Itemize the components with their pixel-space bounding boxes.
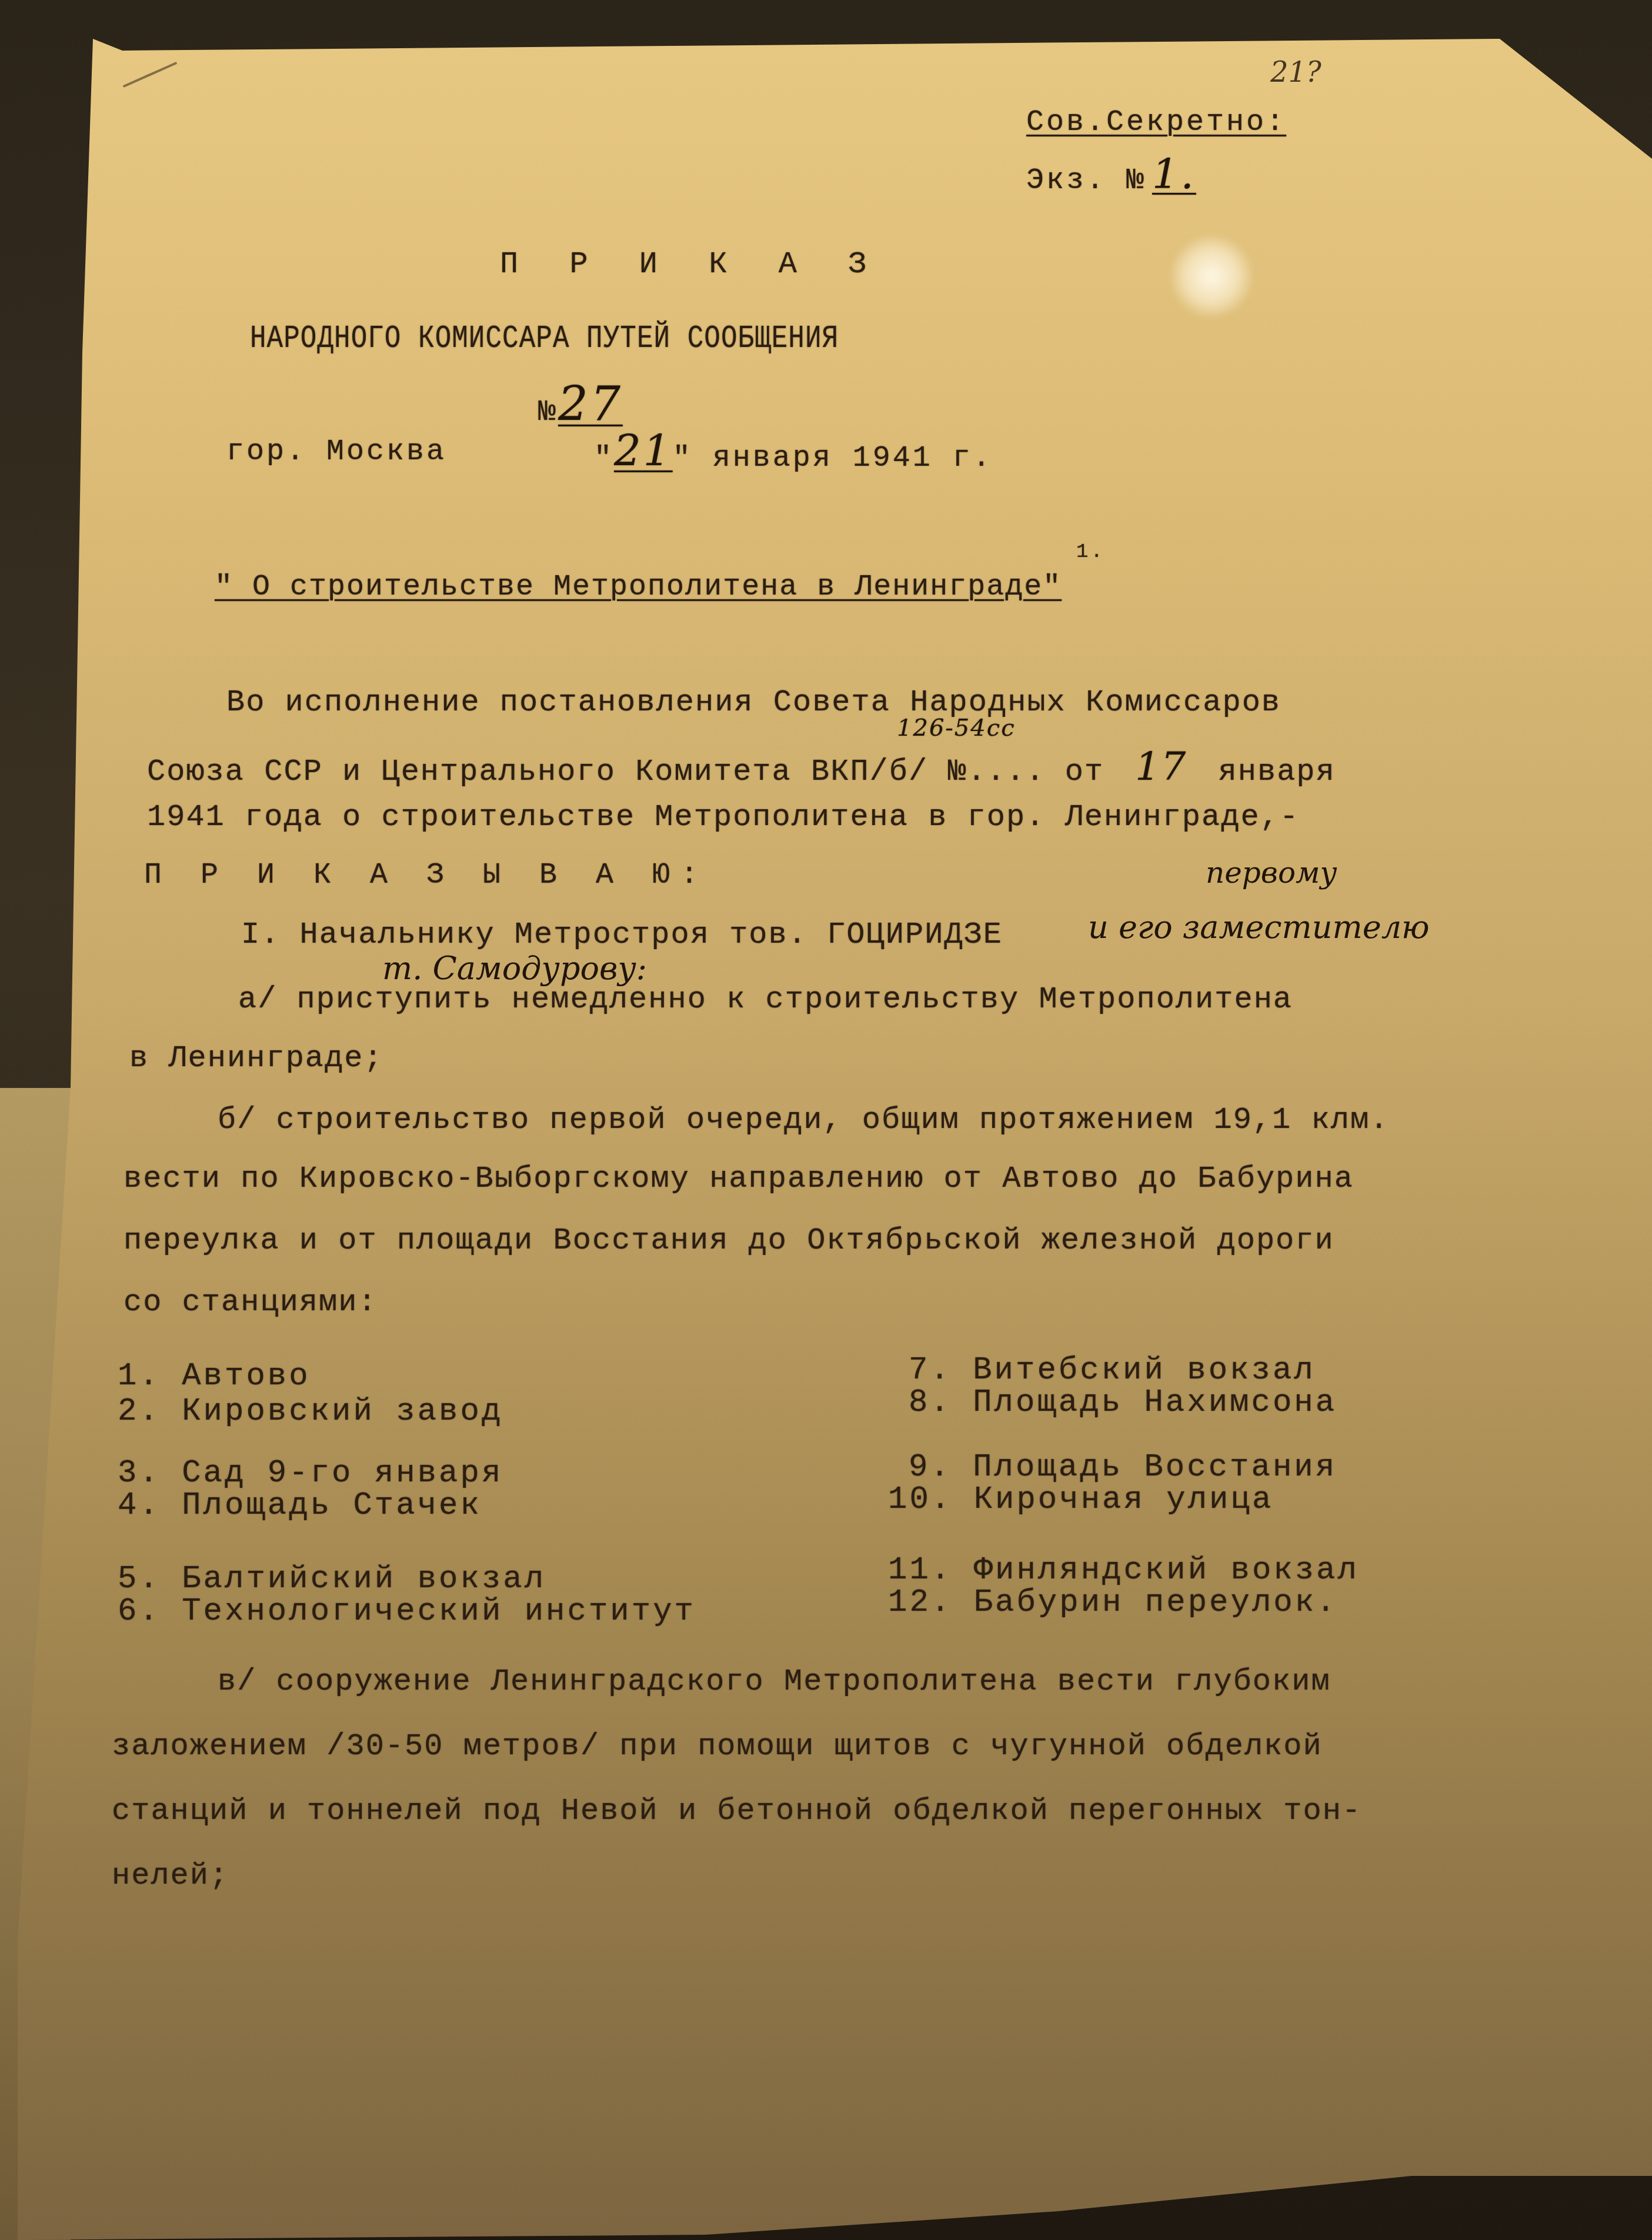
preamble-ot: от [1065,755,1104,789]
station-item: 1. Автово [118,1358,311,1394]
preamble-line-1: Во исполнение постановления Совета Народ… [226,685,1281,720]
handwritten-deputy-insert: и его заместителю [1088,909,1430,946]
station-item: 3. Сад 9-го января [118,1456,503,1491]
station-item: 11. Финляндский вокзал [888,1553,1359,1588]
item-v-line-3: станций и тоннелей под Невой и бетонной … [112,1794,1361,1828]
resolution-number-handwritten: 126-54сс [897,715,1016,742]
classification-stamp: Сов.Секретно: [1026,106,1286,139]
item-b-line-2: вести по Кировско-Выборгскому направлени… [124,1161,1354,1196]
preamble-line-2: Союза ССР и Центрального Комитета ВКП/б/… [147,744,1336,789]
subject-line: " О строительстве Метрополитена в Ленинг… [215,570,1062,604]
station-item: 2. Кировский завод [118,1394,503,1430]
station-item: 10. Кирочная улица [888,1482,1273,1518]
preamble-dots: .... [967,755,1046,789]
city-label: гор. Москва [226,435,446,469]
issuer-heading: НАРОДНОГО КОМИССАРА ПУТЕЙ СООБЩЕНИЯ [250,321,839,356]
item-b-line-3: переулка и от площади Восстания до Октяб… [124,1223,1334,1258]
date-quote: " [594,442,614,475]
item-a-line-1: а/ приступить немедленно к строительству… [238,982,1293,1017]
item-b-line-1: б/ строительство первой очереди, общим п… [218,1103,1389,1137]
station-item: 8. Площадь Нахимсона [909,1385,1337,1421]
order-word: П Р И К А З Ы В А Ю: [144,859,709,892]
date-month-year: " января 1941 г. [673,442,993,475]
preamble-text: Союза ССР и Центрального Комитета ВКП/б/… [147,755,967,789]
preamble-line-3: 1941 года о строительстве Метрополитена … [147,800,1299,834]
page-number-mark: 21? [1270,56,1321,89]
order-number-handwritten: 27 [558,376,623,431]
item-a-line-2: в Ленинграде; [129,1041,383,1076]
order-number-line: №27 [538,376,623,431]
number-label: № [538,396,558,429]
light-glare [1170,235,1253,318]
item-v-line-1: в/ сооружение Ленинградского Метрополите… [218,1664,1331,1699]
subject-mark: 1. [1076,541,1105,563]
station-item: 6. Технологический институт [118,1594,696,1630]
date-line: "21" января 1941 г. [594,426,993,476]
station-item: 7. Витебский вокзал [909,1353,1316,1388]
handwritten-pervomu: первому [1206,856,1337,890]
copy-number-handwritten: 1. [1152,150,1196,198]
decree-day-handwritten: 17 [1135,744,1187,789]
station-item: 4. Площадь Стачек [118,1488,482,1524]
item-v-line-4: нелей; [112,1858,229,1893]
item-b-line-4: со станциями: [124,1285,378,1320]
item-v-line-2: заложением /30-50 метров/ при помощи щит… [112,1729,1323,1764]
copy-number-line: Экз. №1. [1026,150,1196,198]
document-title: П Р И К А З [500,247,883,282]
copy-label: Экз. № [1026,164,1146,198]
station-item: 12. Бабурин переулок. [888,1585,1338,1621]
date-day-handwritten: 21 [614,426,673,476]
handwritten-samodurov: т. Самодурову: [382,950,647,987]
preamble-month: января [1219,755,1336,789]
station-item: 5. Балтийский вокзал [118,1561,546,1597]
item-1-line: I. Начальнику Метростроя тов. ГОЦИРИДЗЕ [241,917,1003,952]
station-item: 9. Площадь Восстания [909,1450,1337,1485]
